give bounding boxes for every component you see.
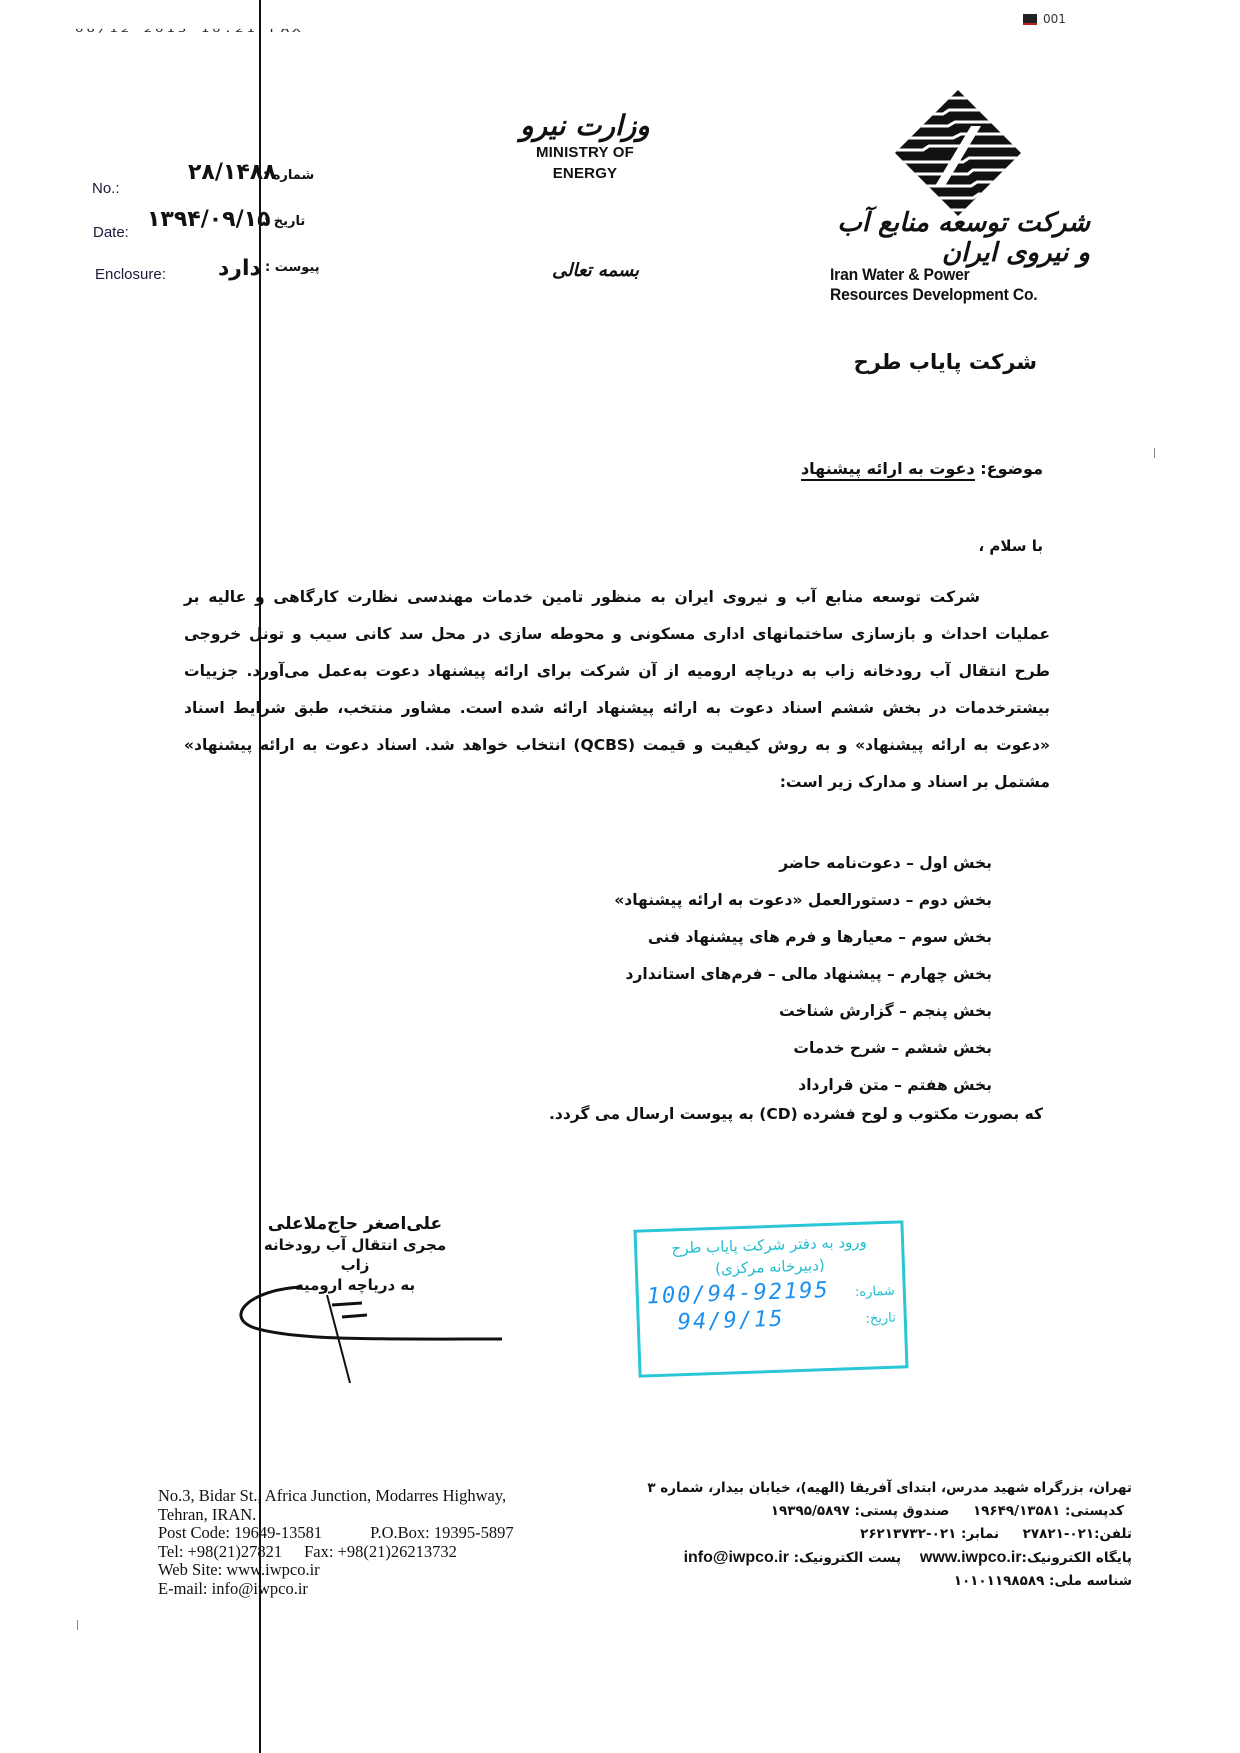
footer-fa-email-label: پست الکترونیک: (794, 1550, 901, 1566)
section-list: بخش اول – دعوت‌نامه حاضر بخش دوم – دستور… (614, 845, 992, 1104)
company-name-en: Iran Water & Power Resources Development… (830, 265, 1037, 305)
signatory-title-1: مجری انتقال آب رودخانه زاب (250, 1235, 460, 1275)
footer-en-website[interactable]: Web Site: www.iwpco.ir (158, 1561, 514, 1580)
company-name-en-1: Iran Water & Power (830, 265, 1037, 285)
enclosure-label-en: Enclosure: (95, 266, 166, 283)
ministry-name-en-2: ENERGY (505, 165, 665, 182)
footer-en-fax: Fax: +98(21)26213732 (304, 1542, 457, 1561)
footer-fa-email-value[interactable]: info@iwpco.ir (684, 1549, 789, 1566)
footer-address-en: No.3, Bidar St., Africa Junction, Modarr… (158, 1487, 514, 1598)
stamp-number-value: 100/94-92195 (646, 1278, 830, 1309)
fax-header-timestamp: 06/12 2015 10:21 FAX (75, 25, 304, 35)
section-item: بخش دوم – دستورالعمل «دعوت به ارائه پیشن… (614, 882, 992, 919)
section-item: بخش چهارم – پیشنهاد مالی – فرم‌های استان… (614, 956, 992, 993)
invocation: بسمه تعالی (552, 260, 639, 281)
footer-en-postcode: Post Code: 19649-13581 (158, 1523, 322, 1542)
section-item: بخش پنجم – گزارش شناخت (614, 993, 992, 1030)
enclosure-value: دارد (218, 256, 261, 281)
footer-fa-national-id-value: ۱۰۱۰۱۱۹۸۵۸۹ (954, 1573, 1045, 1589)
subject-text: دعوت به ارائه پیشنهاد (801, 459, 975, 481)
greeting: با سلام ، (978, 537, 1043, 555)
section-item: بخش ششم – شرح خدمات (614, 1030, 992, 1067)
stamp-date-label: تاریخ: (865, 1311, 896, 1327)
footer-fa-web-row: پایگاه الکترونیک:www.iwpco.ir پست الکترو… (647, 1546, 1132, 1570)
footer-fa-national-id-row: شناسه ملی: ۱۰۱۰۱۱۹۸۵۸۹ (647, 1570, 1132, 1593)
footer-fa-pobox-value: ۱۹۳۹۵/۵۸۹۷ (771, 1503, 850, 1519)
scan-speck (77, 1620, 78, 1630)
footer-fa-address: تهران، بزرگراه شهید مدرس، ابتدای آفریقا … (647, 1477, 1132, 1500)
footer-en-post-row: Post Code: 19649-13581P.O.Box: 19395-589… (158, 1524, 514, 1543)
footer-fa-postal-value: ۱۹۶۴۹/۱۳۵۸۱ (973, 1503, 1060, 1519)
number-label-fa: شماره : (263, 168, 314, 183)
footer-fa-postal-row: کدپستی: ۱۹۶۴۹/۱۳۵۸۱ صندوق پستی: ۱۹۳۹۵/۵۸… (647, 1500, 1132, 1523)
footer-en-address-1: No.3, Bidar St., Africa Junction, Modarr… (158, 1487, 514, 1506)
section-item: بخش اول – دعوت‌نامه حاضر (614, 845, 992, 882)
subject-line: موضوع: دعوت به ارائه پیشنهاد (801, 459, 1043, 478)
scan-speck (1154, 448, 1155, 458)
handwritten-signature-icon (232, 1275, 512, 1385)
footer-en-tel: Tel: +98(21)27821 (158, 1542, 282, 1561)
footer-en-email[interactable]: E-mail: info@iwpco.ir (158, 1580, 514, 1599)
ministry-emblem: وزارت نیرو MINISTRY OF ENERGY (505, 112, 665, 182)
letter-body: شرکت توسعه منابع آب و نیروی ایران به منظ… (184, 579, 1050, 801)
footer-fa-fax-label: نمابر: (961, 1526, 999, 1542)
section-item: بخش سوم – معیارها و فرم های پیشنهاد فنی (614, 919, 992, 956)
enclosure-label-fa: پیوست : (265, 260, 320, 275)
stamp-number-label: شماره: (855, 1284, 895, 1300)
footer-fa-tel-label: تلفن: (1094, 1526, 1132, 1542)
fax-page-indicator: 001 (1023, 12, 1066, 26)
body-paragraph: شرکت توسعه منابع آب و نیروی ایران به منظ… (184, 579, 1050, 801)
fax-icon (1023, 14, 1037, 25)
subject-label: موضوع: (980, 459, 1043, 478)
footer-en-pobox: P.O.Box: 19395-5897 (370, 1523, 513, 1542)
signatory-name: علی‌اصغر حاج‌ملاعلی (250, 1213, 460, 1235)
ministry-name-fa: وزارت نیرو (505, 112, 665, 140)
fax-page-number: 001 (1043, 12, 1066, 26)
footer-fa-pobox-label: صندوق پستی: (855, 1503, 950, 1519)
recipient: شرکت پایاب طرح (854, 350, 1037, 374)
footer-fa-web-label: پایگاه الکترونیک: (1022, 1550, 1132, 1566)
footer-fa-tel-value: ۰۲۱-۲۷۸۲۱ (1023, 1526, 1095, 1542)
company-name-fa: شرکت توسعه منابع آب و نیروی ایران (820, 208, 1090, 268)
footer-address-fa: تهران، بزرگراه شهید مدرس، ابتدای آفریقا … (647, 1477, 1132, 1593)
company-logo-icon (893, 88, 1023, 218)
footer-en-address-2: Tehran, IRAN. (158, 1506, 514, 1525)
company-name-en-2: Resources Development Co. (830, 285, 1037, 305)
letter-date: ۱۳۹۴/۰۹/۱۵ (147, 207, 271, 232)
number-label-en: No.: (92, 180, 120, 197)
footer-fa-postal-label: کدپستی: (1065, 1503, 1124, 1519)
section-item: بخش هفتم – متن قرارداد (614, 1067, 992, 1104)
received-stamp: ورود به دفتر شرکت پایاب طرح (دبیرخانه مر… (633, 1220, 908, 1377)
date-label-en: Date: (93, 224, 129, 241)
footer-en-tel-row: Tel: +98(21)27821Fax: +98(21)26213732 (158, 1543, 514, 1562)
ministry-name-en-1: MINISTRY OF (505, 144, 665, 161)
footer-fa-fax-value: ۰۲۱-۲۶۲۱۳۷۳۲ (860, 1526, 956, 1542)
stamp-date-value: 94/9/15 (677, 1307, 785, 1336)
date-label-fa: تاریخ : (264, 214, 305, 229)
footer-fa-national-id-label: شناسه ملی: (1049, 1573, 1132, 1589)
closing-sentence: که بصورت مکتوب و لوح فشرده (CD) به پیوست… (549, 1105, 1043, 1123)
footer-fa-tel-row: تلفن:۰۲۱-۲۷۸۲۱ نمابر: ۰۲۱-۲۶۲۱۳۷۳۲ (647, 1523, 1132, 1546)
footer-fa-web-value[interactable]: www.iwpco.ir (920, 1549, 1022, 1566)
